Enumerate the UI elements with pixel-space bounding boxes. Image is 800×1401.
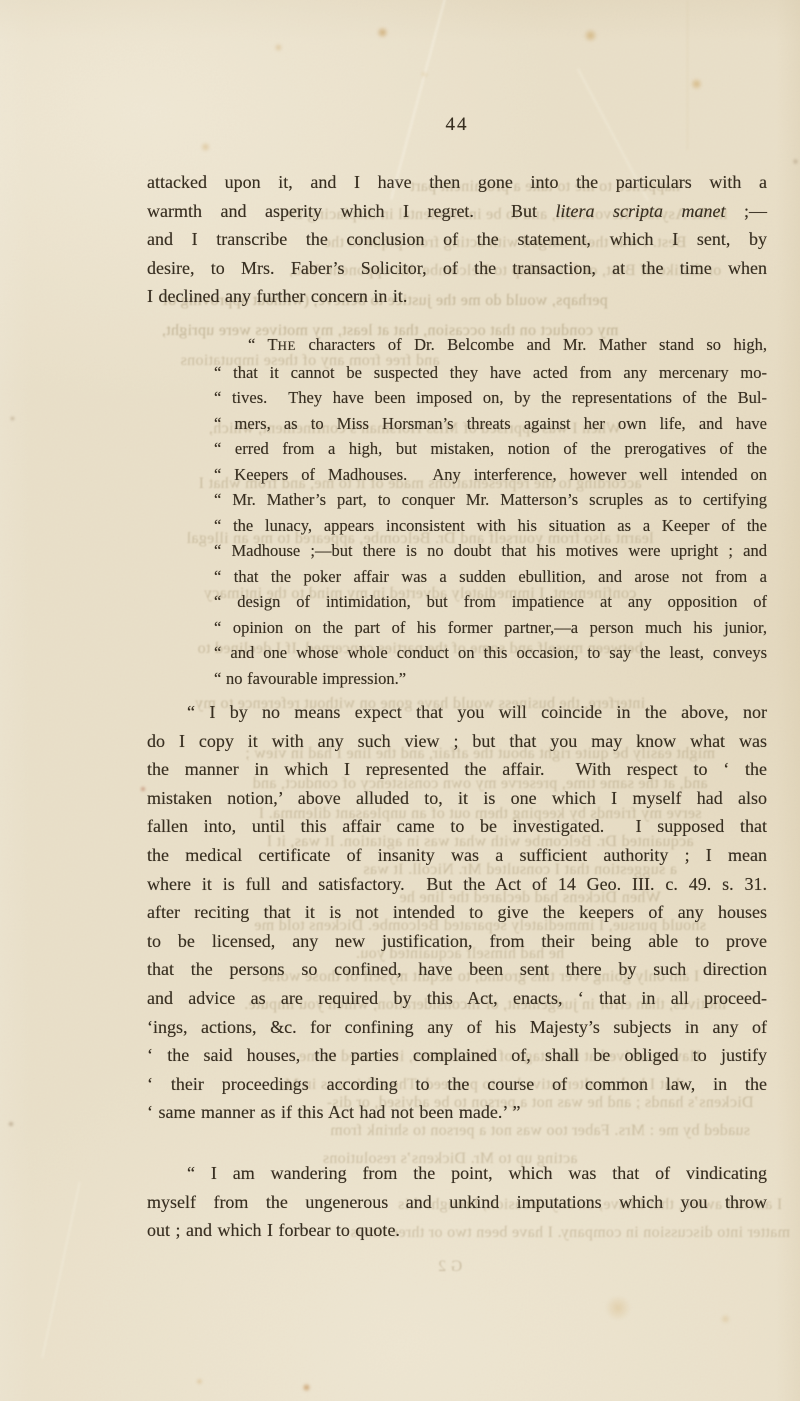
foxing-spot [140,786,146,792]
quote-line: “ no favourable impression.” [214,666,767,692]
quote-line: “ erred from a high, but mistaken, notio… [214,436,767,462]
quote-line: “ and one whose whole conduct on this oc… [214,640,767,666]
body-line: to be licensed, any new justification, f… [147,927,767,956]
smallcaps-text: HE [278,339,296,353]
quote-line: “ Keepers of Madhouses. Any interference… [214,462,767,488]
foxing-spot [8,1121,14,1127]
body-line: and I transcribe the conclusion of the s… [147,225,767,254]
foxing-spot [690,78,703,90]
body-line: I declined any further concern in it. [147,282,767,311]
body-line: do I copy it with any such view ; but th… [147,727,767,756]
quote-line: “ Mr. Mather’s part, to conquer Mr. Matt… [214,487,767,513]
quote-line: “ that it cannot be suspected they have … [214,360,767,386]
book-page-scan: { "page": { "number": "44" }, "para1": {… [0,0,800,1401]
quote-line: “ mers, as to Miss Horsman’s threats aga… [214,411,767,437]
body-line: warmth and asperity which I regret. But … [147,197,767,226]
body-line: after reciting that it is not intended t… [147,898,767,927]
opening-paragraph: attacked upon it, and I have then gone i… [147,168,767,311]
foxing-spot [274,43,283,52]
body-line: ‘ their proceedings according to the cou… [147,1070,767,1099]
closing-paragraph: “ I am wandering from the point, which w… [147,1159,767,1245]
foxing-spot [583,29,598,42]
foxing-spot [196,1378,203,1385]
foxing-spot [604,1296,632,1320]
body-line: ‘ings, actions, &c. for confining any of… [147,1013,767,1042]
body-line: out ; and which I forbear to quote. [147,1216,767,1245]
page-number: 44 [147,114,767,136]
body-line: and advice as are required by this Act, … [147,984,767,1013]
latin-phrase: litera scripta manet [555,201,725,221]
body-text: ;— [725,201,767,221]
ghost-showthrough-text: G 2 [410,1258,490,1276]
body-line: myself from the ungenerous and unkind im… [147,1188,767,1217]
quote-line: “ opinion on the part of his former part… [214,615,767,641]
middle-paragraph: “ I by no means expect that you will coi… [147,698,767,1127]
quote-line: “ tives. They have been imposed on, by t… [214,385,767,411]
body-line: “ I am wandering from the point, which w… [147,1159,767,1188]
quote-line: “ the lunacy, appears inconsistent with … [214,513,767,539]
quote-line: “ Madhouse ;—but there is no doubt that … [214,538,767,564]
quote-text: characters of Dr. Belcombe and Mr. Mathe… [296,335,767,354]
quote-line: “ design of intimidation, but from impat… [214,589,767,615]
body-line: desire, to Mrs. Faber’s Solicitor, of th… [147,254,767,283]
body-line: the medical certificate of insanity was … [147,841,767,870]
crease-line [687,0,688,150]
body-line: “ I by no means expect that you will coi… [147,698,767,727]
body-line: the manner in which I represented the af… [147,755,767,784]
quote-line: “ that the poker affair was a sudden ebu… [214,564,767,590]
body-text: warmth and asperity which I regret. But [147,201,555,221]
quote-open: “ T [248,335,278,354]
foxing-spot [200,142,211,152]
body-line: where it is full and satisfactory. But t… [147,870,767,899]
foxing-spot [302,1383,311,1392]
body-line: that the persons so confined, have been … [147,955,767,984]
quoted-statement-block: “ THE characters of Dr. Belcombe and Mr.… [214,332,767,691]
body-line: mistaken notion,’ above alluded to, it i… [147,784,767,813]
body-line: attacked upon it, and I have then gone i… [147,168,767,197]
foxing-spot [10,416,15,421]
body-line: ‘ same manner as if this Act had not bee… [147,1098,767,1127]
quote-line: “ THE characters of Dr. Belcombe and Mr.… [214,332,767,360]
foxing-spot [376,27,389,38]
body-line: fallen into, until this affair came to b… [147,812,767,841]
body-line: ‘ the said houses, the parties complaine… [147,1041,767,1070]
foxing-spot [793,158,798,165]
foxing-spot [720,1314,731,1324]
